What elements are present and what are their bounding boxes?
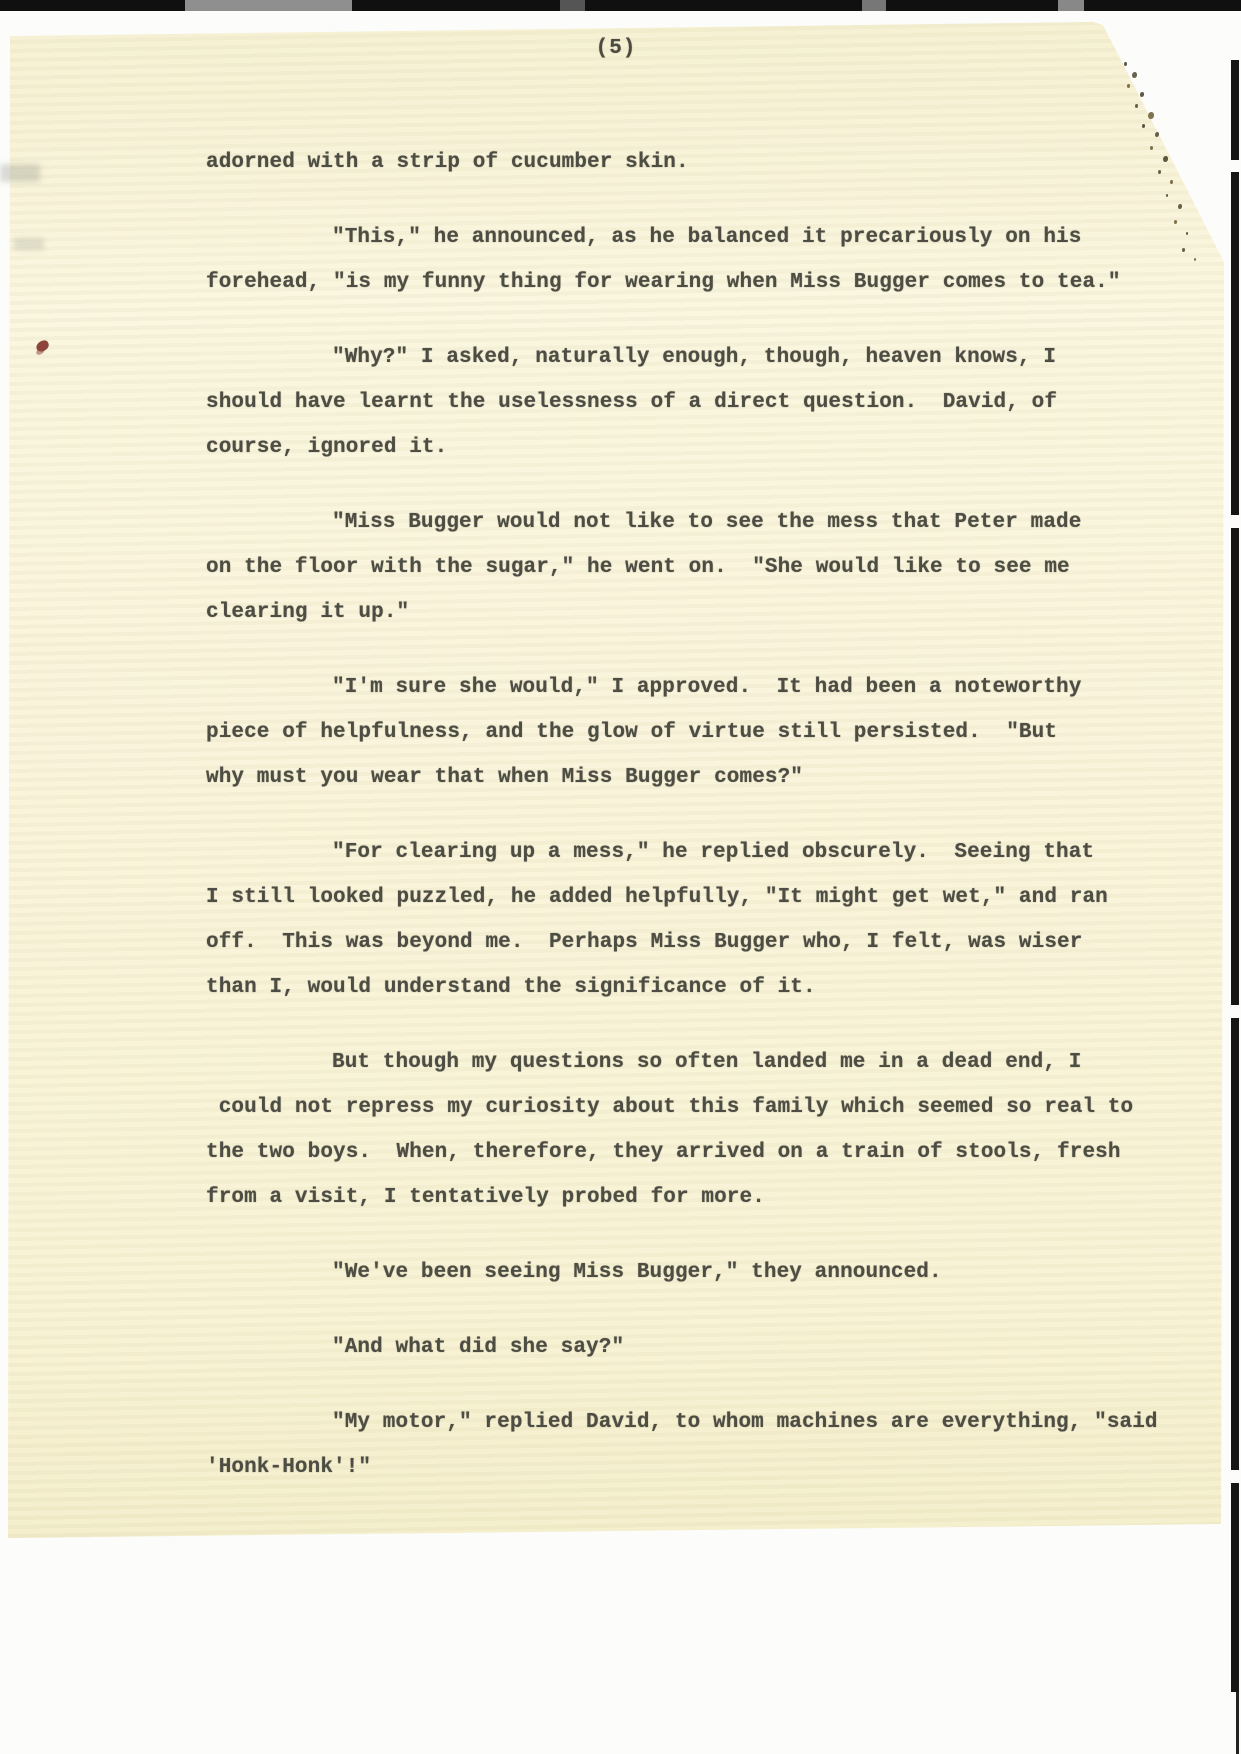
ink-speckle	[1142, 124, 1145, 128]
typewritten-line: "We've been seeing Miss Bugger," they an…	[206, 1250, 1196, 1295]
paragraph: But though my questions so often landed …	[206, 1040, 1196, 1220]
ink-speckle	[1163, 156, 1168, 162]
ink-speckle	[1158, 170, 1161, 174]
typewritten-line: "This," he announced, as he balanced it …	[206, 215, 1196, 260]
ink-speckle	[1174, 220, 1177, 224]
typewritten-line: could not repress my curiosity about thi…	[206, 1085, 1196, 1130]
ink-speckle	[1140, 92, 1144, 97]
ink-speckle	[1135, 104, 1138, 108]
page-number: (5)	[8, 26, 1224, 71]
typewritten-line: course, ignored it.	[206, 425, 1196, 470]
typewritten-line: "Miss Bugger would not like to see the m…	[206, 500, 1196, 545]
scan-top-edge-gap	[185, 0, 352, 11]
scan-top-edge-gap	[560, 0, 585, 11]
scan-top-edge-gap	[862, 0, 886, 11]
ink-speckle	[1132, 72, 1137, 78]
typewritten-line: from a visit, I tentatively probed for m…	[206, 1175, 1196, 1220]
paragraph: adorned with a strip of cucumber skin.	[206, 140, 1196, 185]
paragraph: "And what did she say?"	[206, 1325, 1196, 1370]
typewritten-line: 'Honk-Honk'!"	[206, 1445, 1196, 1490]
typewritten-line: "My motor," replied David, to whom machi…	[206, 1400, 1196, 1445]
paragraph: "This," he announced, as he balanced it …	[206, 215, 1196, 305]
paragraph: "Miss Bugger would not like to see the m…	[206, 500, 1196, 635]
pencil-smudge	[0, 164, 40, 182]
paragraph: "I'm sure she would," I approved. It had…	[206, 665, 1196, 800]
typewritten-line: off. This was beyond me. Perhaps Miss Bu…	[206, 920, 1196, 965]
ink-speckle	[1150, 146, 1153, 150]
typewritten-line: piece of helpfulness, and the glow of vi…	[206, 710, 1196, 755]
ink-speckle	[1124, 62, 1127, 66]
typewritten-line: I still looked puzzled, he added helpful…	[206, 875, 1196, 920]
ink-speckle	[1148, 112, 1154, 119]
document-page: (5) adorned with a strip of cucumber ski…	[8, 22, 1224, 1538]
scan-right-edge	[1231, 528, 1239, 1005]
ink-speckle	[1194, 258, 1196, 261]
typewritten-line: forehead, "is my funny thing for wearing…	[206, 260, 1196, 305]
ink-speckle	[1178, 204, 1182, 209]
typewritten-line: But though my questions so often landed …	[206, 1040, 1196, 1085]
typewritten-line: "And what did she say?"	[206, 1325, 1196, 1370]
paragraph: "Why?" I asked, naturally enough, though…	[206, 335, 1196, 470]
ink-speckle	[1155, 132, 1159, 137]
typewritten-text: adorned with a strip of cucumber skin."T…	[206, 140, 1196, 1520]
typewritten-line: "Why?" I asked, naturally enough, though…	[206, 335, 1196, 380]
scan-right-edge	[1231, 1483, 1239, 1692]
paragraph: "We've been seeing Miss Bugger," they an…	[206, 1250, 1196, 1295]
typewritten-line: "For clearing up a mess," he replied obs…	[206, 830, 1196, 875]
scan-right-edge	[1231, 172, 1239, 515]
ink-speckle	[1170, 180, 1173, 184]
typewritten-line: "I'm sure she would," I approved. It had…	[206, 665, 1196, 710]
typewritten-line: than I, would understand the significanc…	[206, 965, 1196, 1010]
ink-speckle	[1186, 232, 1188, 235]
typewritten-line: should have learnt the uselessness of a …	[206, 380, 1196, 425]
paragraph: "My motor," replied David, to whom machi…	[206, 1400, 1196, 1490]
scan-top-edge-gap	[1058, 0, 1084, 11]
paragraph: "For clearing up a mess," he replied obs…	[206, 830, 1196, 1010]
typewritten-line: on the floor with the sugar," he went on…	[206, 545, 1196, 590]
typewritten-line: the two boys. When, therefore, they arri…	[206, 1130, 1196, 1175]
scan-right-edge	[1231, 1018, 1239, 1470]
scan-right-edge	[1231, 60, 1239, 160]
typewritten-line: clearing it up."	[206, 590, 1196, 635]
pencil-smudge	[14, 238, 44, 250]
typewritten-line: adorned with a strip of cucumber skin.	[206, 140, 1196, 185]
scan-top-edge	[0, 0, 1241, 11]
ink-speckle	[1127, 84, 1130, 88]
typewritten-line: why must you wear that when Miss Bugger …	[206, 755, 1196, 800]
scan-right-edge	[1236, 1692, 1239, 1754]
ink-speckle	[1182, 248, 1185, 252]
ink-speckle	[1166, 194, 1168, 197]
